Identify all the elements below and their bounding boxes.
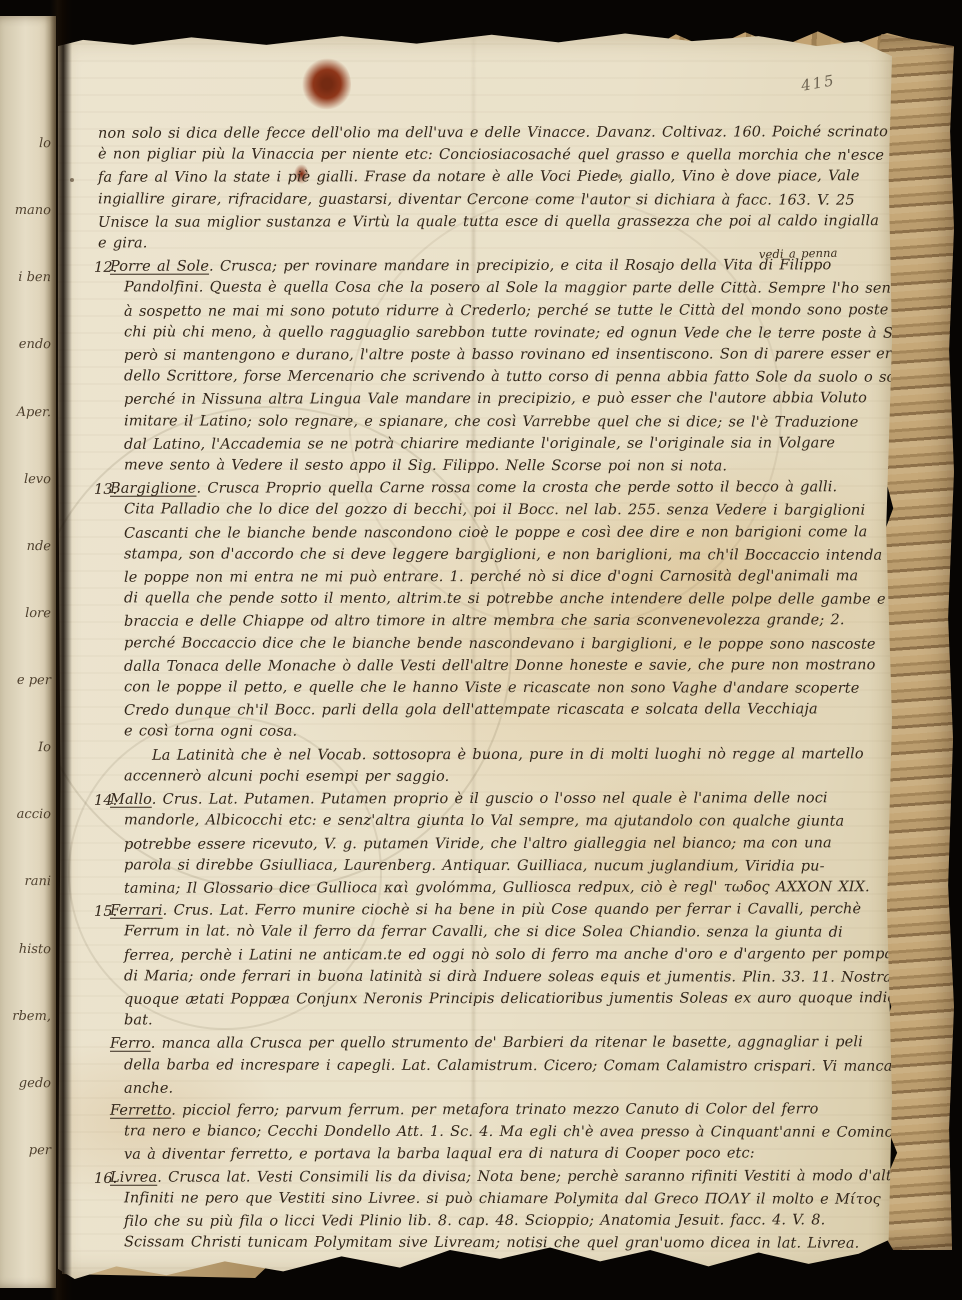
manuscript-scan: lomanoi benendoAper.levondeloree perIoac… bbox=[0, 0, 962, 1300]
manuscript-line: chi più chi meno, à quello ragguaglio sa… bbox=[124, 321, 864, 344]
line-text: accennerò alcuni pochi esempi per saggio… bbox=[124, 768, 449, 785]
line-text: Scissam Christi tunicam Polymitam sive L… bbox=[124, 1235, 859, 1252]
manuscript-line: e così torna ogni cosa. bbox=[124, 721, 864, 744]
line-text: Cita Palladio che lo dice del gozzo di b… bbox=[124, 502, 865, 519]
entry-mallo: 14.Mallo. Crus. Lat. Putamen. Putamen pr… bbox=[98, 788, 864, 899]
manuscript-line: di quella che pende sotto il mento, altr… bbox=[124, 588, 864, 611]
line-text: à sospetto ne mai mi sono potuto ridurre… bbox=[124, 302, 947, 320]
line-text: . picciol ferro; parvum ferrum. per meta… bbox=[171, 1101, 818, 1118]
manuscript-line: però si mantengono e durano, l'altre pos… bbox=[124, 343, 864, 367]
manuscript-line: Pandolfini. Questa è quella Cosa che la … bbox=[124, 277, 864, 300]
manuscript-line: accennerò alcuni pochi esempi per saggio… bbox=[124, 765, 864, 788]
manuscript-line: perché Boccaccio dice che le bianche ben… bbox=[124, 632, 864, 655]
entry-number: 16. bbox=[108, 1167, 148, 1189]
left-page-fragment: accio bbox=[0, 807, 56, 822]
manuscript-line: parola si direbbe Gsiulliaca, Laurenberg… bbox=[124, 854, 864, 877]
line-text: mandorle, Albicocchi etc: e senz'altra g… bbox=[124, 813, 844, 830]
left-page-fragment: e per bbox=[0, 673, 56, 688]
line-text: tra nero e bianco; Cecchi Dondello Att. … bbox=[124, 1123, 911, 1140]
manuscript-line: ferrea, perchè i Latini ne anticam.te ed… bbox=[124, 943, 864, 967]
manuscript-line: va à diventar ferretto, e portava la bar… bbox=[124, 1143, 864, 1167]
line-text: . Crus. Lat. Putamen. Putamen proprio è … bbox=[152, 790, 828, 807]
manuscript-line: 13.Bargiglione. Crusca Proprio quella Ca… bbox=[124, 476, 864, 500]
manuscript-line: 15.Ferrari. Crus. Lat. Ferro munire cioc… bbox=[124, 898, 864, 922]
line-text: . Crusca Proprio quella Carne rossa come… bbox=[196, 480, 837, 497]
line-text: dello Scrittore, forse Mercenario che sc… bbox=[124, 369, 909, 386]
left-page-fragment: rani bbox=[0, 874, 56, 889]
line-text: Pandolfini. Questa è quella Cosa che la … bbox=[124, 280, 916, 297]
line-text: con le poppe il petto, e quelle che le h… bbox=[124, 679, 859, 696]
line-text: potrebbe essere ricevuto, V. g. putamen … bbox=[124, 835, 832, 852]
left-page-fragment: endo bbox=[0, 337, 56, 352]
left-page-fragment: lo bbox=[0, 136, 56, 151]
entry-headword: Ferretto bbox=[110, 1103, 171, 1119]
left-page-fragment: per bbox=[0, 1143, 56, 1158]
line-text: . Crusca; per rovinare mandare in precip… bbox=[209, 258, 831, 275]
left-page-fragment: histo bbox=[0, 941, 56, 956]
manuscript-line: bat. bbox=[124, 1009, 864, 1032]
line-text: è non pigliar più la Vinaccia per niente… bbox=[98, 147, 884, 164]
manuscript-line: imitare il Latino; solo regnare, e spian… bbox=[124, 410, 864, 433]
left-page-fragment: mano bbox=[0, 203, 56, 218]
line-text: Credo dunque ch'il Bocc. parli della gol… bbox=[124, 702, 818, 719]
line-text: Infiniti ne pero que Vestiti sino Livree… bbox=[124, 1190, 881, 1207]
entry-bargiglione: 13.Bargiglione. Crusca Proprio quella Ca… bbox=[98, 477, 864, 743]
line-text: braccia e delle Chiappe od altro timore … bbox=[124, 613, 845, 631]
line-text: parola si direbbe Gsiulliaca, Laurenberg… bbox=[124, 857, 825, 874]
manuscript-line: 12.Porre al Solevedi a penna. Crusca; pe… bbox=[124, 254, 864, 278]
line-text: . Crus. Lat. Ferro munire ciochè si ha b… bbox=[163, 901, 862, 918]
line-text: bat. bbox=[124, 1012, 153, 1028]
left-page-fragment: Io bbox=[0, 740, 56, 755]
line-text: . Crusca lat. Vesti Consimili lis da div… bbox=[157, 1168, 908, 1186]
line-text: tamina; Il Glossario dice Gullioca καὶ g… bbox=[124, 879, 870, 897]
manuscript-line: stampa, son d'accordo che si deve legger… bbox=[124, 543, 864, 566]
manuscript-line: filo che su più fila o licci Vedi Plinio… bbox=[124, 1209, 864, 1233]
line-text: fa fare al Vino la state i piè gialli. F… bbox=[98, 169, 860, 187]
line-text: dalla Tonaca delle Monache ò dalle Vesti… bbox=[124, 657, 875, 675]
left-page-fragment: rbem, bbox=[0, 1008, 56, 1023]
line-text: quoque ætati Poppæa Conjunx Neronis Prin… bbox=[124, 990, 962, 1008]
manuscript-line: tra nero e bianco; Cecchi Dondello Att. … bbox=[124, 1120, 864, 1143]
line-text: però si mantengono e durano, l'altre pos… bbox=[124, 346, 920, 364]
entry-ferrari: 15.Ferrari. Crus. Lat. Ferro munire cioc… bbox=[98, 899, 864, 1032]
manuscript-line: anche. bbox=[124, 1076, 864, 1100]
manuscript-line: Cita Palladio che lo dice del gozzo di b… bbox=[124, 499, 864, 522]
entry-livrea: 16.Livrea. Crusca lat. Vesti Consimili l… bbox=[98, 1166, 864, 1255]
manuscript-line: potrebbe essere ricevuto, V. g. putamen … bbox=[124, 832, 864, 856]
line-text: imitare il Latino; solo regnare, e spian… bbox=[124, 413, 859, 430]
entry-porre-al-sole: 12.Porre al Solevedi a penna. Crusca; pe… bbox=[98, 255, 864, 477]
line-text: Unisce la sua miglior sustanza e Virtù l… bbox=[98, 213, 879, 231]
line-text: anche. bbox=[124, 1080, 173, 1096]
line-text: meve sento à Vedere il sesto appo il Sig… bbox=[124, 457, 727, 474]
manuscript-line: non solo si dica delle fecce dell'olio m… bbox=[98, 121, 864, 145]
entry-headword: Ferro bbox=[110, 1036, 151, 1052]
line-text: La Latinità che è nel Vocab. sottosopra … bbox=[152, 746, 864, 763]
line-text: le poppe non mi entra ne mi può entrare.… bbox=[124, 568, 858, 586]
manuscript-line: di Maria; onde ferrari in buona latinità… bbox=[124, 965, 864, 988]
manuscript-line: dalla Tonaca delle Monache ò dalle Vesti… bbox=[124, 654, 864, 678]
line-text: filo che su più fila o licci Vedi Plinio… bbox=[124, 1212, 825, 1229]
manuscript-text: non solo si dica delle fecce dell'olio m… bbox=[58, 26, 892, 1284]
line-text: non solo si dica delle fecce dell'olio m… bbox=[98, 124, 888, 142]
manuscript-line: e gira. bbox=[98, 232, 864, 256]
manuscript-line: La Latinità che è nel Vocab. sottosopra … bbox=[124, 743, 864, 767]
line-text: perché in Nissuna altra Lingua Vale mand… bbox=[124, 391, 867, 409]
entry-paragraph: La Latinità che è nel Vocab. sottosopra … bbox=[98, 744, 864, 788]
line-text: Ferrum in lat. nò Vale il ferro da ferra… bbox=[124, 924, 843, 941]
manuscript-line: Scissam Christi tunicam Polymitam sive L… bbox=[124, 1232, 864, 1255]
interlinear-note: vedi a penna bbox=[773, 242, 838, 265]
manuscript-line: meve sento à Vedere il sesto appo il Sig… bbox=[124, 454, 864, 477]
line-text: dal Latino, l'Accademia se ne potrà chia… bbox=[124, 435, 835, 452]
left-page-fragment: lore bbox=[0, 606, 56, 621]
manuscript-line: Ferrum in lat. nò Vale il ferro da ferra… bbox=[124, 921, 864, 944]
manuscript-line: à sospetto ne mai mi sono potuto ridurre… bbox=[124, 299, 864, 323]
manuscript-line: le poppe non mi entra ne mi può entrare.… bbox=[124, 565, 864, 589]
line-text: stampa, son d'accordo che si deve legger… bbox=[124, 546, 882, 563]
manuscript-line: tamina; Il Glossario dice Gullioca καὶ g… bbox=[124, 876, 864, 900]
line-text: Cascanti che le bianche bende nascondono… bbox=[124, 524, 867, 542]
entry-ferro: Ferro. manca alla Crusca per quello stru… bbox=[98, 1032, 864, 1099]
manuscript-line: con le poppe il petto, e quelle che le h… bbox=[124, 676, 864, 699]
intro-paragraph: non solo si dica delle fecce dell'olio m… bbox=[98, 122, 864, 255]
manuscript-line: è non pigliar più la Vinaccia per niente… bbox=[98, 144, 864, 168]
manuscript-line: Unisce la sua miglior sustanza e Virtù l… bbox=[98, 210, 864, 234]
manuscript-line: della barba ed increspare i capegli. Lat… bbox=[124, 1054, 864, 1077]
left-page-fragment: levo bbox=[0, 471, 56, 486]
manuscript-line: Ferro. manca alla Crusca per quello stru… bbox=[124, 1032, 864, 1056]
manuscript-line: quoque ætati Poppæa Conjunx Neronis Prin… bbox=[124, 987, 864, 1011]
book-gutter-shadow bbox=[50, 0, 72, 1300]
manuscript-line: mandorle, Albicocchi etc: e senz'altra g… bbox=[124, 810, 864, 833]
line-text: di quella che pende sotto il mento, altr… bbox=[124, 591, 886, 608]
line-text: ingiallire girare, rifracidare, guastars… bbox=[98, 191, 855, 208]
manuscript-line: braccia e delle Chiappe od altro timore … bbox=[124, 610, 864, 634]
manuscript-line: dello Scrittore, forse Mercenario che sc… bbox=[124, 366, 864, 389]
line-text: e gira. bbox=[98, 235, 148, 251]
left-page-fragment: Aper. bbox=[0, 404, 56, 419]
entry-ferretto: Ferretto. picciol ferro; parvum ferrum. … bbox=[98, 1099, 864, 1166]
line-text: e così torna ogni cosa. bbox=[124, 724, 297, 740]
manuscript-line: 16.Livrea. Crusca lat. Vesti Consimili l… bbox=[124, 1165, 864, 1189]
left-page-fragment: nde bbox=[0, 539, 56, 554]
line-text: di Maria; onde ferrari in buona latinità… bbox=[124, 968, 892, 985]
manuscript-page: 415 non solo si dica delle fecce dell'ol… bbox=[58, 26, 892, 1284]
left-page-fragment: gedo bbox=[0, 1076, 56, 1091]
line-text: chi più chi meno, à quello ragguaglio sa… bbox=[124, 324, 915, 341]
line-text: . manca alla Crusca per quello strumento… bbox=[151, 1035, 863, 1052]
manuscript-line: Cascanti che le bianche bende nascondono… bbox=[124, 521, 864, 545]
line-text: della barba ed increspare i capegli. Lat… bbox=[124, 1057, 892, 1074]
left-page-fragment: i ben bbox=[0, 270, 56, 285]
facing-page-edge: lomanoi benendoAper.levondeloree perIoac… bbox=[0, 16, 56, 1288]
line-text: va à diventar ferretto, e portava la bar… bbox=[124, 1146, 755, 1163]
line-text: ferrea, perchè i Latini ne anticam.te ed… bbox=[124, 946, 908, 964]
manuscript-line: dal Latino, l'Accademia se ne potrà chia… bbox=[124, 432, 864, 456]
manuscript-line: ingiallire girare, rifracidare, guastars… bbox=[98, 188, 864, 212]
manuscript-line: Ferretto. picciol ferro; parvum ferrum. … bbox=[124, 1098, 864, 1122]
line-text: perché Boccaccio dice che le bianche ben… bbox=[124, 635, 876, 652]
manuscript-line: Infiniti ne pero que Vestiti sino Livree… bbox=[124, 1187, 864, 1210]
manuscript-line: fa fare al Vino la state i piè gialli. F… bbox=[98, 166, 864, 190]
manuscript-line: 14.Mallo. Crus. Lat. Putamen. Putamen pr… bbox=[124, 787, 864, 811]
manuscript-line: perché in Nissuna altra Lingua Vale mand… bbox=[124, 388, 864, 412]
manuscript-line: Credo dunque ch'il Bocc. parli della gol… bbox=[124, 699, 864, 723]
